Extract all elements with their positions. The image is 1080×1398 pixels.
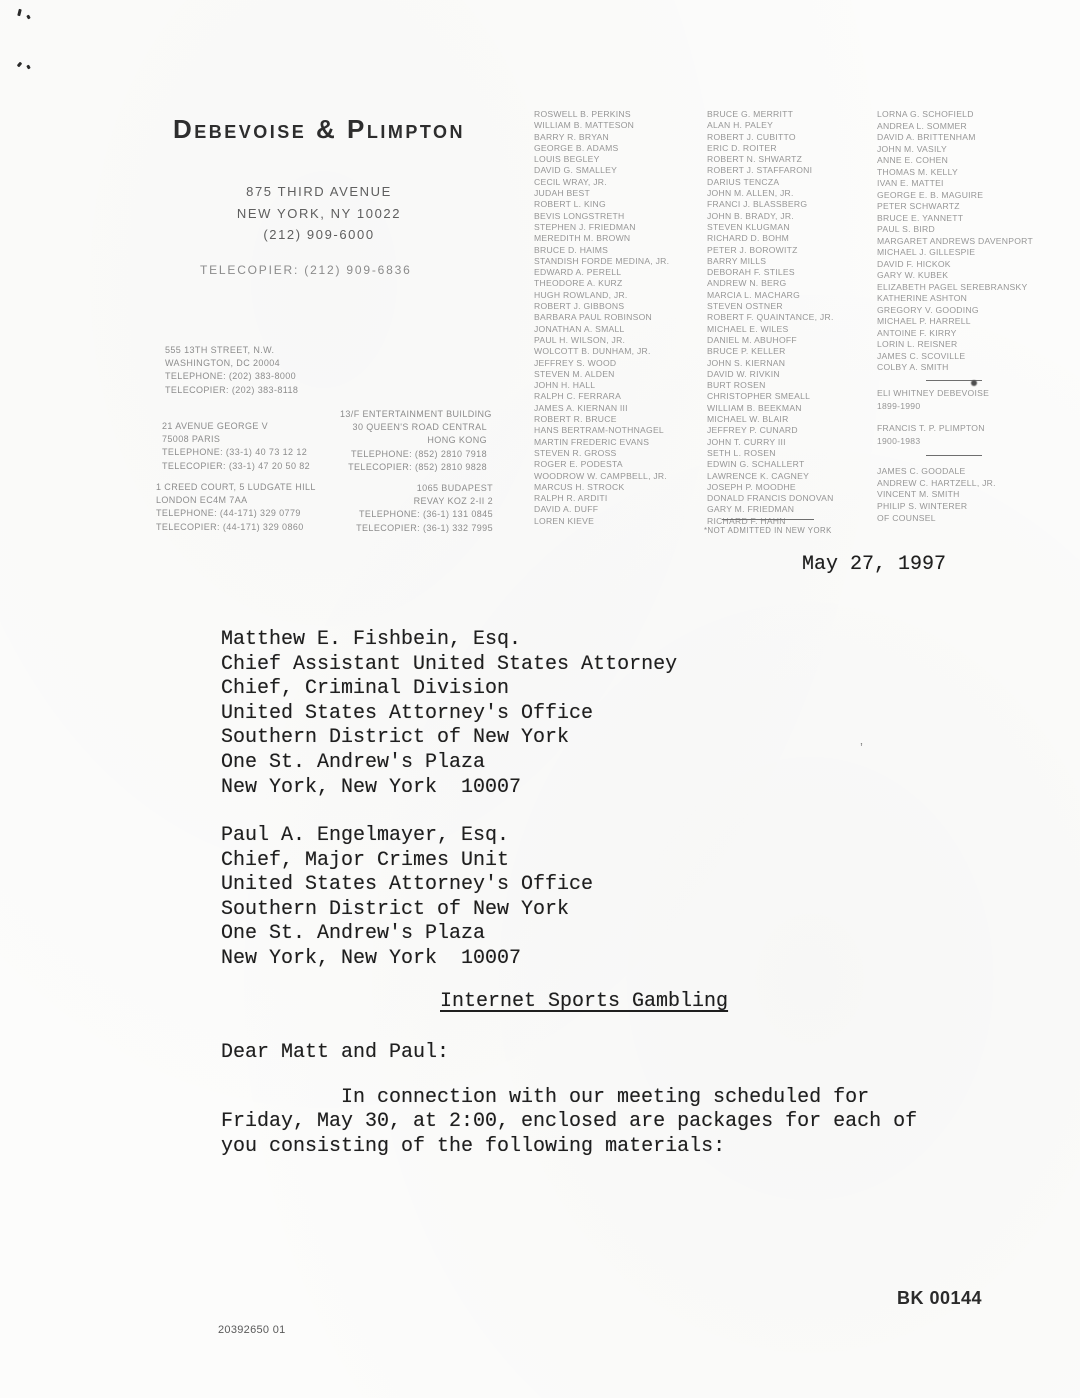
attorney-name: EDWARD A. PERELL <box>534 267 669 278</box>
recipient-address-line: Chief, Criminal Division <box>221 677 677 702</box>
attorney-name: PETER SCHWARTZ <box>877 201 1033 213</box>
salutation: Dear Matt and Paul: <box>221 1041 449 1064</box>
office-line: TELECOPIER: (202) 383-8118 <box>165 384 298 397</box>
attorney-name: BEVIS LONGSTRETH <box>534 211 669 222</box>
attorney-name: KATHERINE ASHTON <box>877 293 1033 305</box>
attorney-name: RALPH R. ARDITI <box>534 493 669 504</box>
memorial-name: ELI WHITNEY DEBEVOISE <box>877 387 989 400</box>
body-line: you consisting of the following material… <box>221 1135 917 1159</box>
attorney-name: ROBERT L. KING <box>534 199 669 210</box>
of-counsel-name: PHILIP S. WINTERER <box>877 501 996 513</box>
of-counsel-list: JAMES C. GOODALEANDREW C. HARTZELL, JR.V… <box>877 466 996 512</box>
recipient-block-2: Paul A. Engelmayer, Esq.Chief, Major Cri… <box>221 824 593 972</box>
body-paragraph: In connection with our meeting scheduled… <box>221 1086 917 1159</box>
attorney-name: BARBARA PAUL ROBINSON <box>534 312 669 323</box>
attorney-name: ROGER E. PODESTA <box>534 459 669 470</box>
attorney-name: ROBERT F. QUAINTANCE, JR. <box>707 312 834 323</box>
attorney-name: LORIN L. REISNER <box>877 339 1033 351</box>
attorney-name: DAVID A. DUFF <box>534 504 669 515</box>
attorney-name: BURT ROSEN <box>707 380 834 391</box>
body-line: In connection with our meeting scheduled… <box>221 1086 917 1110</box>
attorney-name: BARRY MILLS <box>707 256 834 267</box>
recipient-address-line: Paul A. Engelmayer, Esq. <box>221 824 593 849</box>
office-line: 21 AVENUE GEORGE V <box>162 420 310 433</box>
memorial-years: 1899-1990 <box>877 400 989 413</box>
attorney-name: PAUL H. WILSON, JR. <box>534 335 669 346</box>
attorney-name: STEVEN KLUGMAN <box>707 222 834 233</box>
office-line: 1 CREED COURT, 5 LUDGATE HILL <box>156 481 316 494</box>
attorney-name: MICHAEL W. BLAIR <box>707 414 834 425</box>
attorney-name: JOHN M. ALLEN, JR. <box>707 188 834 199</box>
attorney-name: PETER J. BOROWITZ <box>707 245 834 256</box>
attorney-name: THOMAS M. KELLY <box>877 167 1033 179</box>
document-number: 20392650 01 <box>218 1324 286 1336</box>
office-washington: 555 13TH STREET, N.W.WASHINGTON, DC 2000… <box>165 344 298 397</box>
office-paris: 21 AVENUE GEORGE V75008 PARISTELEPHONE: … <box>162 420 310 473</box>
attorney-name: STEPHEN J. FRIEDMAN <box>534 222 669 233</box>
attorney-name: ANTOINE F. KIRRY <box>877 328 1033 340</box>
attorney-name: COLBY A. SMITH <box>877 362 1033 374</box>
attorney-name: JOHN B. BRADY, JR. <box>707 211 834 222</box>
attorney-name: ANDREA L. SOMMER <box>877 121 1033 133</box>
office-line: TELEPHONE: (44-171) 329 0779 <box>156 507 316 520</box>
attorney-name: LOREN KIEVE <box>534 516 669 527</box>
attorney-name: WOLCOTT B. DUNHAM, JR. <box>534 346 669 357</box>
attorney-name: THEODORE A. KURZ <box>534 278 669 289</box>
attorney-name: DAVID G. SMALLEY <box>534 165 669 176</box>
body-line: Friday, May 30, at 2:00, enclosed are pa… <box>221 1110 917 1134</box>
attorney-name: MEREDITH M. BROWN <box>534 233 669 244</box>
attorney-name: IVAN E. MATTEI <box>877 178 1033 190</box>
attorney-name: DAVID F. HICKOK <box>877 259 1033 271</box>
memorial-name: FRANCIS T. P. PLIMPTON <box>877 422 989 435</box>
attorney-name: ROBERT J. CUBITTO <box>707 132 834 143</box>
address-line: (212) 909-6000 <box>168 224 470 246</box>
attorney-name: MARGARET ANDREWS DAVENPORT <box>877 236 1033 248</box>
attorney-name: ROBERT J. STAFFARONI <box>707 165 834 176</box>
attorney-name: JOSEPH P. MOODHE <box>707 482 834 493</box>
attorney-name: JAMES A. KIERNAN III <box>534 403 669 414</box>
office-line: TELEPHONE: (33-1) 40 73 12 12 <box>162 446 310 459</box>
attorney-name: MARTIN FREDERIC EVANS <box>534 437 669 448</box>
subject-line: Internet Sports Gambling <box>440 990 728 1013</box>
of-counsel-name: VINCENT M. SMITH <box>877 489 996 501</box>
attorney-name: RALPH C. FERRARA <box>534 391 669 402</box>
attorney-name: HANS BERTRAM-NOTHNAGEL <box>534 425 669 436</box>
attorney-name: GEORGE B. ADAMS <box>534 143 669 154</box>
attorney-name: LORNA G. SCHOFIELD <box>877 109 1033 121</box>
attorney-name: GREGORY V. GOODING <box>877 305 1033 317</box>
attorney-name: MICHAEL J. GILLESPIE <box>877 247 1033 259</box>
attorney-name: JEFFREY P. CUNARD <box>707 425 834 436</box>
office-line: 30 QUEEN'S ROAD CENTRAL <box>340 421 487 434</box>
office-london: 1 CREED COURT, 5 LUDGATE HILLLONDON EC4M… <box>156 481 316 534</box>
attorney-name: LAWRENCE K. CAGNEY <box>707 471 834 482</box>
office-line: 1065 BUDAPEST <box>345 482 493 495</box>
attorney-name: ROBERT J. GIBBONS <box>534 301 669 312</box>
attorney-name: LOUIS BEGLEY <box>534 154 669 165</box>
attorney-name: ROBERT R. BRUCE <box>534 414 669 425</box>
attorney-name: JAMES C. SCOVILLE <box>877 351 1033 363</box>
attorney-name: GARY M. FRIEDMAN <box>707 504 834 515</box>
memorial-entry: FRANCIS T. P. PLIMPTON 1900-1983 <box>877 422 989 448</box>
ink-smudge <box>971 380 977 386</box>
attorney-name: DAVID W. RIVKIN <box>707 369 834 380</box>
office-line: TELECOPIER: (33-1) 47 20 50 82 <box>162 460 310 473</box>
attorney-name: EDWIN G. SCHALLERT <box>707 459 834 470</box>
recipient-address-line: New York, New York 10007 <box>221 776 677 801</box>
attorney-name: MICHAEL P. HARRELL <box>877 316 1033 328</box>
attorney-name: DONALD FRANCIS DONOVAN <box>707 493 834 504</box>
ink-mark: ’ <box>860 740 863 755</box>
office-line: TELEPHONE: (36-1) 131 0845 <box>345 508 493 521</box>
attorney-name: BARRY R. BRYAN <box>534 132 669 143</box>
memorial-years: 1900-1983 <box>877 435 989 448</box>
firm-address: 875 THIRD AVENUENEW YORK, NY 10022(212) … <box>168 181 470 246</box>
office-line: LONDON EC4M 7AA <box>156 494 316 507</box>
of-counsel-name: JAMES C. GOODALE <box>877 466 996 478</box>
office-line: TELEPHONE: (202) 383-8000 <box>165 370 298 383</box>
office-line: REVAY KOZ 2-II 2 <box>345 495 493 508</box>
attorney-name: WILLIAM B. MATTESON <box>534 120 669 131</box>
attorney-name: STEVEN R. GROSS <box>534 448 669 459</box>
recipient-address-line: Southern District of New York <box>221 726 677 751</box>
attorney-name: ERIC D. ROITER <box>707 143 834 154</box>
office-line: TELEPHONE: (852) 2810 7918 <box>340 448 487 461</box>
attorney-name: BRUCE E. YANNETT <box>877 213 1033 225</box>
attorney-name: MARCIA L. MACHARG <box>707 290 834 301</box>
recipient-block-1: Matthew E. Fishbein, Esq.Chief Assistant… <box>221 628 677 800</box>
of-counsel-label: OF COUNSEL <box>877 513 936 523</box>
attorney-name: DARIUS TENCZA <box>707 177 834 188</box>
letter-date: May 27, 1997 <box>802 553 946 576</box>
attorney-name: ALAN H. PALEY <box>707 120 834 131</box>
attorney-name: STEVEN M. ALDEN <box>534 369 669 380</box>
attorney-name: SETH L. ROSEN <box>707 448 834 459</box>
attorney-name: DEBORAH F. STILES <box>707 267 834 278</box>
office-line: TELECOPIER: (44-171) 329 0860 <box>156 521 316 534</box>
attorney-name: FRANCI J. BLASSBERG <box>707 199 834 210</box>
recipient-address-line: One St. Andrew's Plaza <box>221 922 593 947</box>
attorney-name: MARCUS H. STROCK <box>534 482 669 493</box>
office-line: TELECOPIER: (36-1) 332 7995 <box>345 522 493 535</box>
attorney-name: WOODROW W. CAMPBELL, JR. <box>534 471 669 482</box>
attorneys-column-2: BRUCE G. MERRITTALAN H. PALEYROBERT J. C… <box>707 109 834 527</box>
attorneys-column-1: ROSWELL B. PERKINSWILLIAM B. MATTESONBAR… <box>534 109 669 527</box>
office-budapest: 1065 BUDAPESTREVAY KOZ 2-II 2TELEPHONE: … <box>345 482 493 535</box>
footnote-divider <box>722 519 814 520</box>
attorney-name: JONATHAN A. SMALL <box>534 324 669 335</box>
attorney-name: DANIEL M. ABUHOFF <box>707 335 834 346</box>
attorney-name: BRUCE P. KELLER <box>707 346 834 357</box>
recipient-address-line: Chief Assistant United States Attorney <box>221 653 677 678</box>
attorney-name: MICHAEL E. WILES <box>707 324 834 335</box>
office-line: TELECOPIER: (852) 2810 9828 <box>340 461 487 474</box>
recipient-address-line: Southern District of New York <box>221 898 593 923</box>
attorney-name: GARY W. KUBEK <box>877 270 1033 282</box>
attorney-name: DAVID A. BRITTENHAM <box>877 132 1033 144</box>
recipient-address-line: Matthew E. Fishbein, Esq. <box>221 628 677 653</box>
attorney-name: STANDISH FORDE MEDINA, JR. <box>534 256 669 267</box>
attorney-name: GEORGE E. B. MAGUIRE <box>877 190 1033 202</box>
attorney-name: HUGH ROWLAND, JR. <box>534 290 669 301</box>
of-counsel-name: ANDREW C. HARTZELL, JR. <box>877 478 996 490</box>
attorney-name: ANNE E. COHEN <box>877 155 1033 167</box>
attorney-name: CECIL WRAY, JR. <box>534 177 669 188</box>
scanned-letter-page: Debevoise & Plimpton 875 THIRD AVENUENEW… <box>0 0 1080 1398</box>
office-line: 555 13TH STREET, N.W. <box>165 344 298 357</box>
attorney-name: JUDAH BEST <box>534 188 669 199</box>
attorney-name: JOHN T. CURRY III <box>707 437 834 448</box>
attorney-name: JOHN S. KIERNAN <box>707 358 834 369</box>
office-line: 13/F ENTERTAINMENT BUILDING <box>340 408 487 421</box>
attorney-name: JOHN H. HALL <box>534 380 669 391</box>
recipient-address-line: United States Attorney's Office <box>221 702 677 727</box>
attorney-name: ROBERT N. SHWARTZ <box>707 154 834 165</box>
attorney-name: PAUL S. BIRD <box>877 224 1033 236</box>
recipient-address-line: New York, New York 10007 <box>221 947 593 972</box>
firm-name: Debevoise & Plimpton <box>168 114 470 145</box>
office-line: HONG KONG <box>340 434 487 447</box>
bar-admission-footnote: *NOT ADMITTED IN NEW YORK <box>704 526 832 535</box>
recipient-address-line: One St. Andrew's Plaza <box>221 751 677 776</box>
attorneys-column-3: LORNA G. SCHOFIELDANDREA L. SOMMERDAVID … <box>877 109 1033 374</box>
attorney-name: ROSWELL B. PERKINS <box>534 109 669 120</box>
telecopier-line: TELECOPIER: (212) 909-6836 <box>200 263 412 277</box>
recipient-address-line: Chief, Major Crimes Unit <box>221 849 593 874</box>
office-line: WASHINGTON, DC 20004 <box>165 357 298 370</box>
office-hong-kong: 13/F ENTERTAINMENT BUILDING30 QUEEN'S RO… <box>340 408 487 474</box>
memorial-section: ELI WHITNEY DEBEVOISE 1899-1990 FRANCIS … <box>877 387 989 457</box>
attorney-name: BRUCE G. MERRITT <box>707 109 834 120</box>
bates-stamp: BK 00144 <box>897 1288 982 1309</box>
attorney-name: CHRISTOPHER SMEALL <box>707 391 834 402</box>
attorney-name: RICHARD D. BOHM <box>707 233 834 244</box>
attorney-name: WILLIAM B. BEEKMAN <box>707 403 834 414</box>
attorney-name: STEVEN OSTNER <box>707 301 834 312</box>
office-line: 75008 PARIS <box>162 433 310 446</box>
of-counsel-divider <box>926 455 982 456</box>
attorney-name: ELIZABETH PAGEL SEREBRANSKY <box>877 282 1033 294</box>
memorial-entry: ELI WHITNEY DEBEVOISE 1899-1990 <box>877 387 989 413</box>
attorney-name: JEFFREY S. WOOD <box>534 358 669 369</box>
attorney-name: BRUCE D. HAIMS <box>534 245 669 256</box>
attorney-name: ANDREW N. BERG <box>707 278 834 289</box>
address-line: 875 THIRD AVENUE <box>168 181 470 203</box>
address-line: NEW YORK, NY 10022 <box>168 203 470 225</box>
recipient-address-line: United States Attorney's Office <box>221 873 593 898</box>
attorney-name: JOHN M. VASILY <box>877 144 1033 156</box>
